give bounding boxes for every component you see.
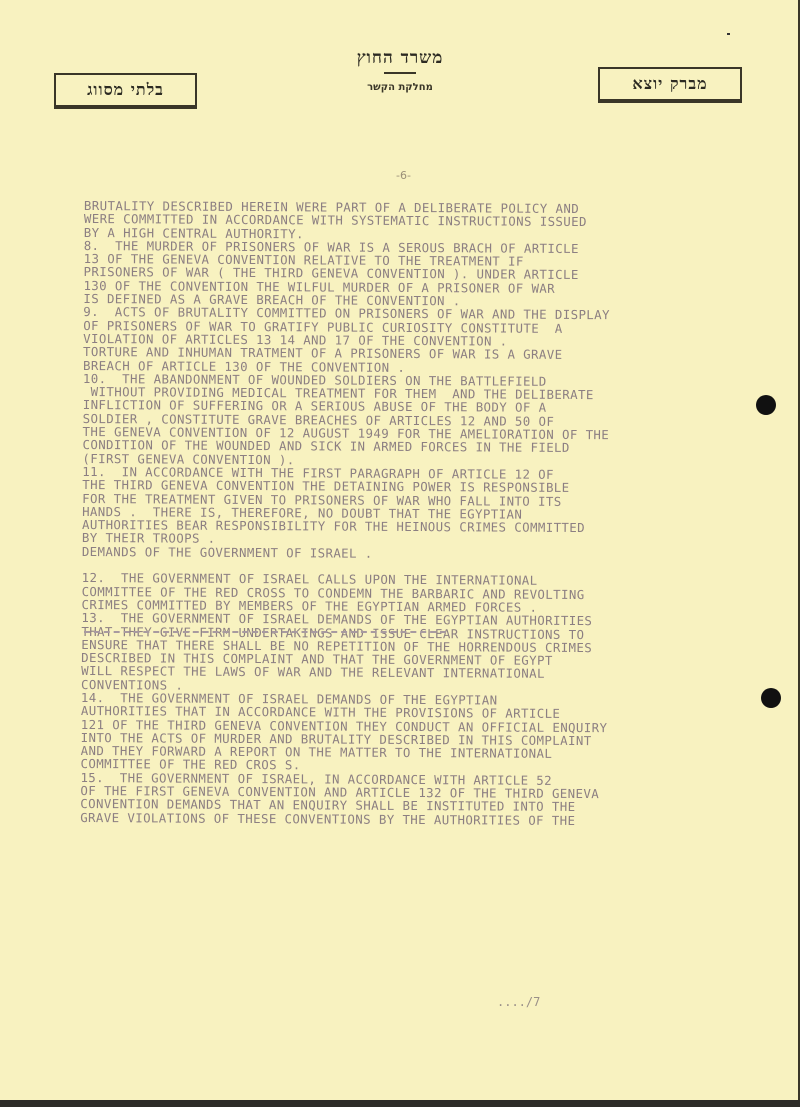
classification-stamp: בלתי מסווג (54, 73, 197, 107)
punch-hole-icon (761, 688, 781, 708)
title-underline (384, 72, 416, 74)
section-divider (84, 631, 446, 633)
document-page: משרד החוץ מחלקת הקשר בלתי מסווג מברק יוצ… (0, 0, 800, 1100)
page-number: -6- (396, 169, 411, 182)
telegram-body: BRUTALITY DESCRIBED HEREIN WERE PART OF … (80, 199, 764, 828)
outgoing-telegram-stamp-label: מברק יוצא (632, 74, 707, 93)
outgoing-telegram-stamp: מברק יוצא (598, 67, 742, 101)
paper-speck (727, 33, 730, 35)
continuation-marker: ..../7 (497, 995, 540, 1009)
classification-stamp-label: בלתי מסווג (87, 80, 164, 99)
ministry-title: משרד החוץ (300, 48, 500, 68)
scan-bottom-edge (0, 1100, 800, 1107)
body-line: GRAVE VIOLATIONS OF THESE CONVENTIONS BY… (80, 811, 760, 828)
punch-hole-icon (756, 395, 776, 415)
department-subtitle: מחלקת הקשר (300, 82, 500, 93)
